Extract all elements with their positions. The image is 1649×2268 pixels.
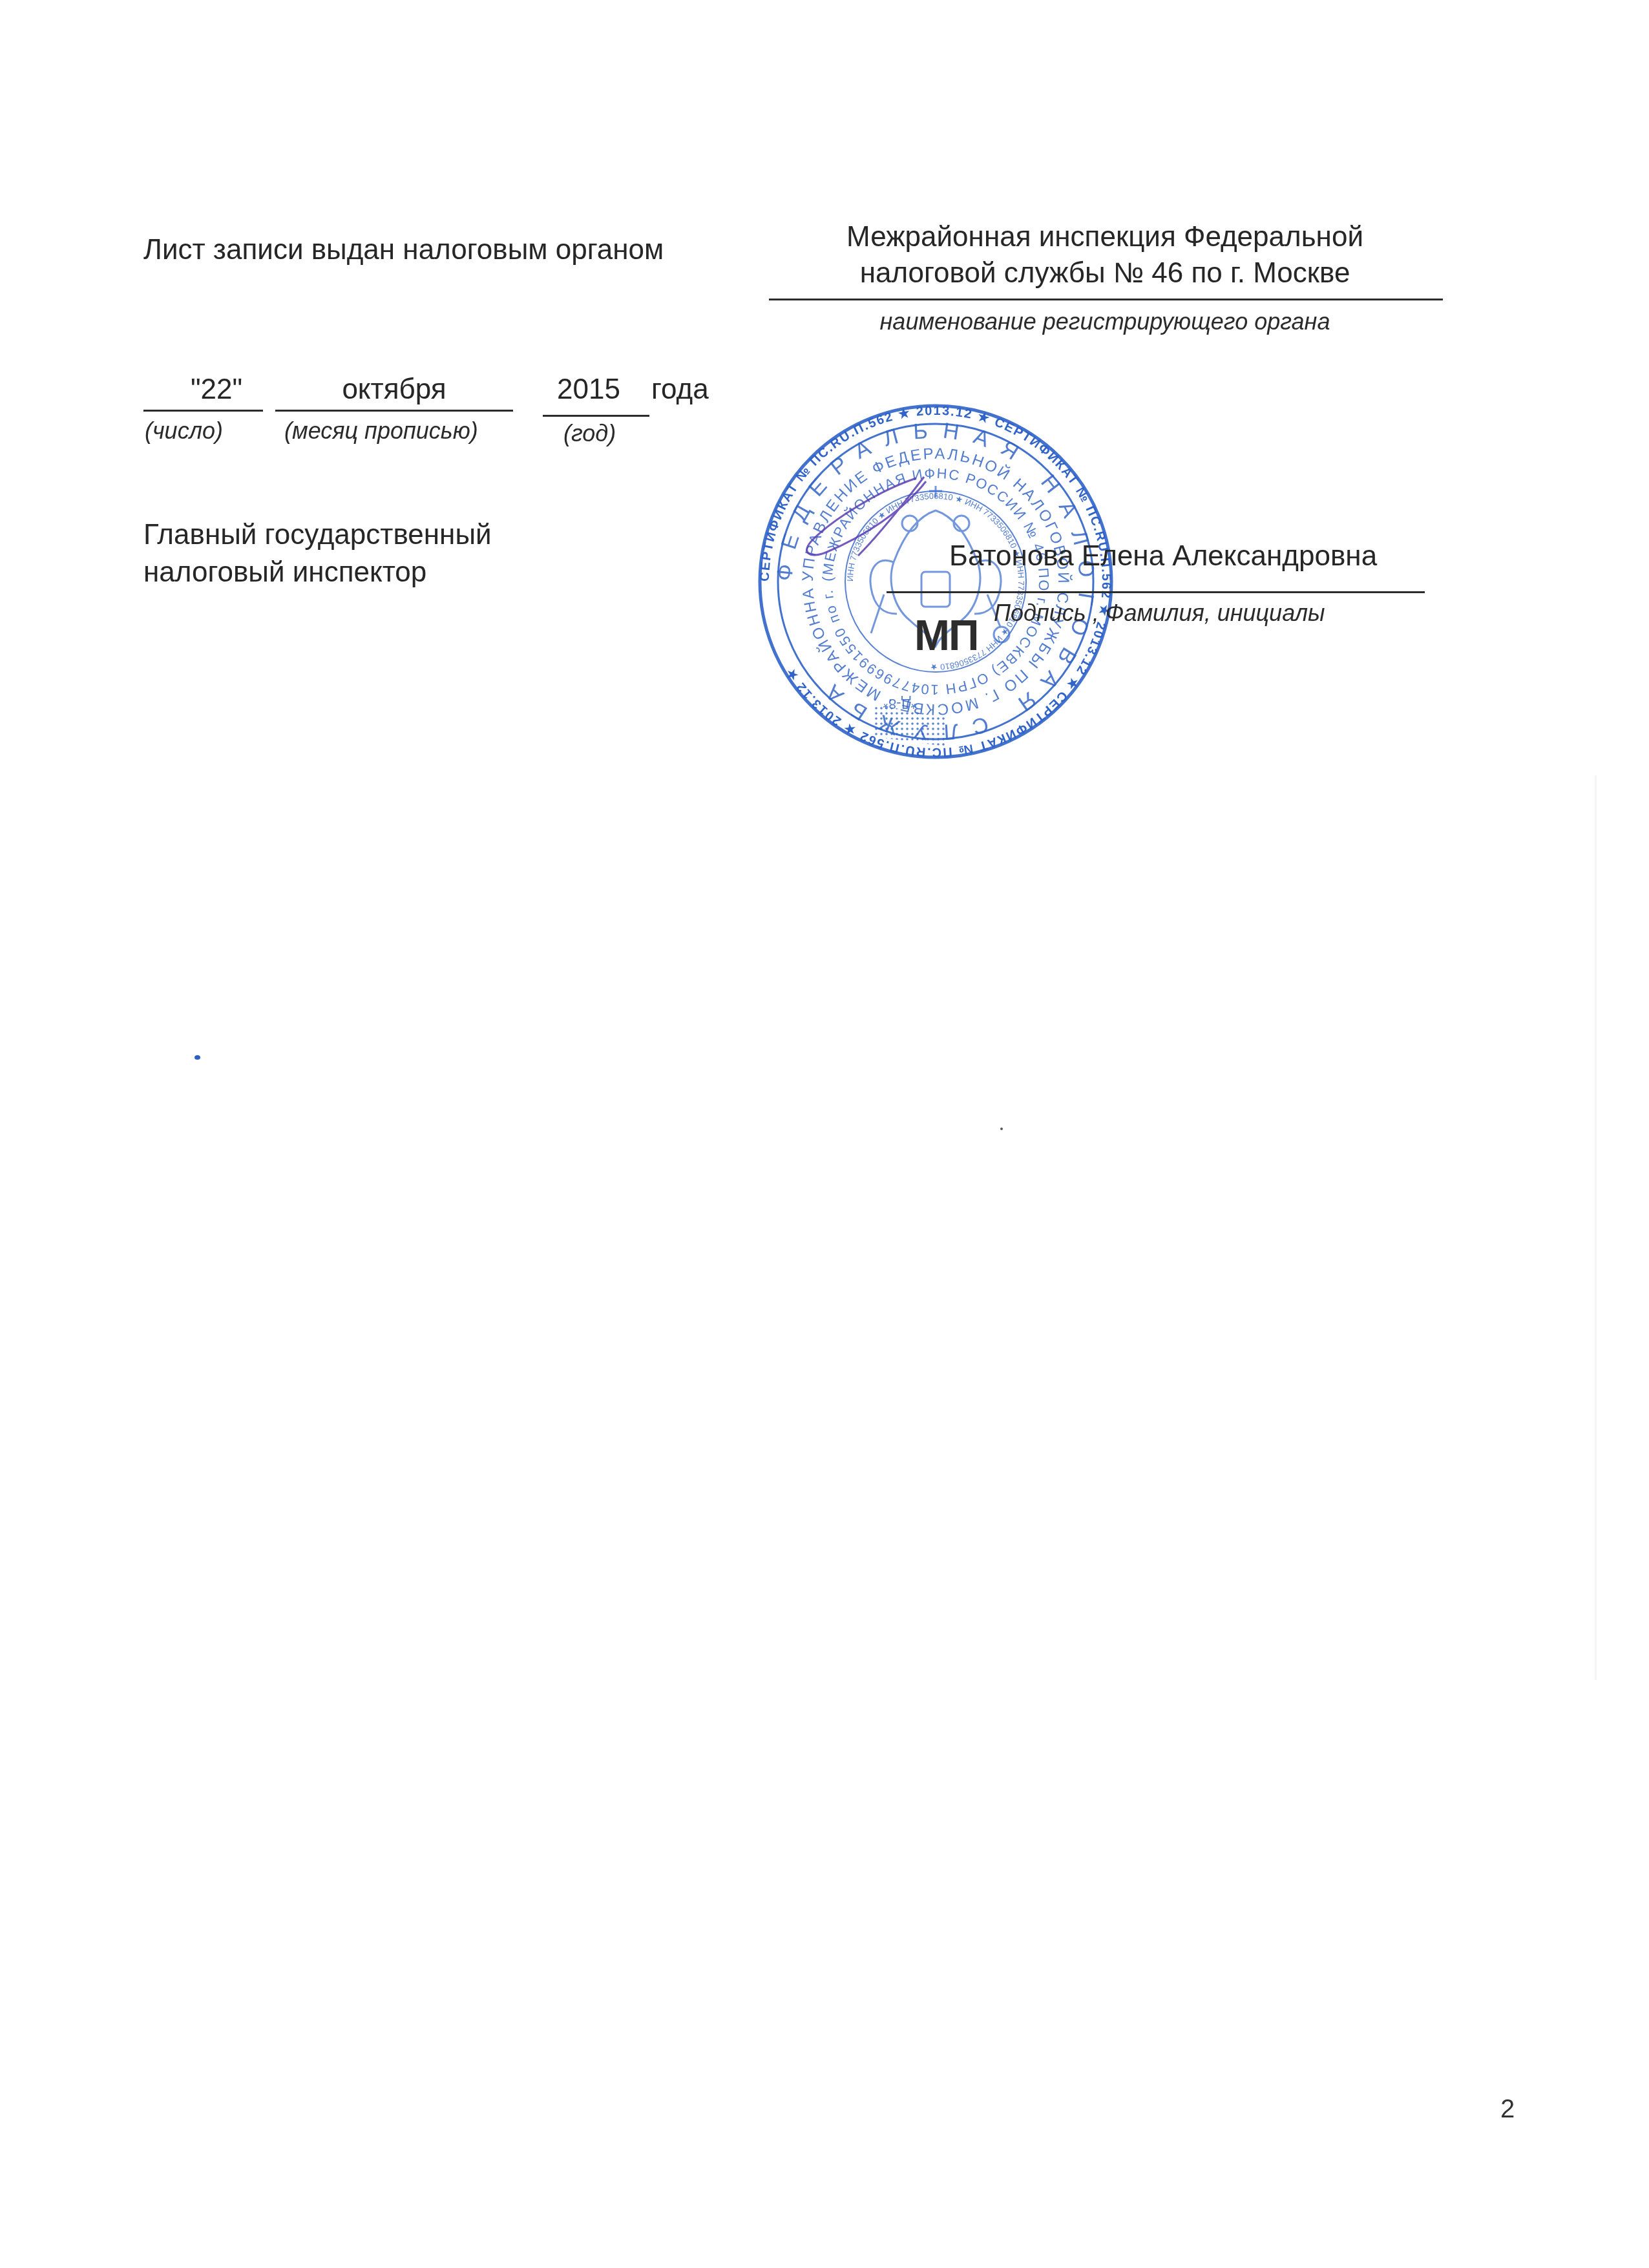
signature-underline	[887, 591, 1425, 593]
date-year-suffix: года	[651, 373, 709, 406]
date-year: 2015	[557, 373, 620, 406]
date-month: октября	[278, 373, 510, 406]
authority-caption: наименование регистрирующего органа	[779, 308, 1431, 335]
date-day: "22"	[165, 373, 268, 406]
seal-mark-label: МП	[914, 611, 978, 660]
official-full-name: Батонова Елена Александровна	[949, 540, 1377, 573]
date-month-underline	[275, 410, 513, 412]
signature-caption: Подпись , Фамилия, инициалы	[994, 600, 1325, 627]
official-seal-stamp: СЕРТИФИКАТ № ПС.RU.П.562 ★ 2013.12 ★ СЕР…	[755, 401, 1117, 762]
authority-underline	[769, 299, 1443, 300]
official-position-line1: Главный государственный	[143, 519, 492, 552]
page-number: 2	[1500, 2095, 1515, 2124]
authority-name-line2: налоговой службы № 46 по г. Москве	[779, 257, 1431, 290]
date-day-underline	[143, 410, 263, 412]
date-day-caption: (число)	[145, 417, 223, 445]
scan-edge-shadow	[1595, 775, 1597, 1680]
official-position-line2: налоговый инспектор	[143, 556, 426, 589]
issued-by-label: Лист записи выдан налоговым органом	[143, 234, 664, 267]
date-year-underline	[543, 415, 649, 417]
scan-speck	[1000, 1128, 1003, 1130]
authority-name-line1: Межрайонная инспекция Федеральной	[779, 221, 1431, 254]
date-month-caption: (месяц прописью)	[284, 417, 478, 445]
date-year-caption: (год)	[563, 420, 616, 447]
scan-speck	[194, 1055, 200, 1060]
